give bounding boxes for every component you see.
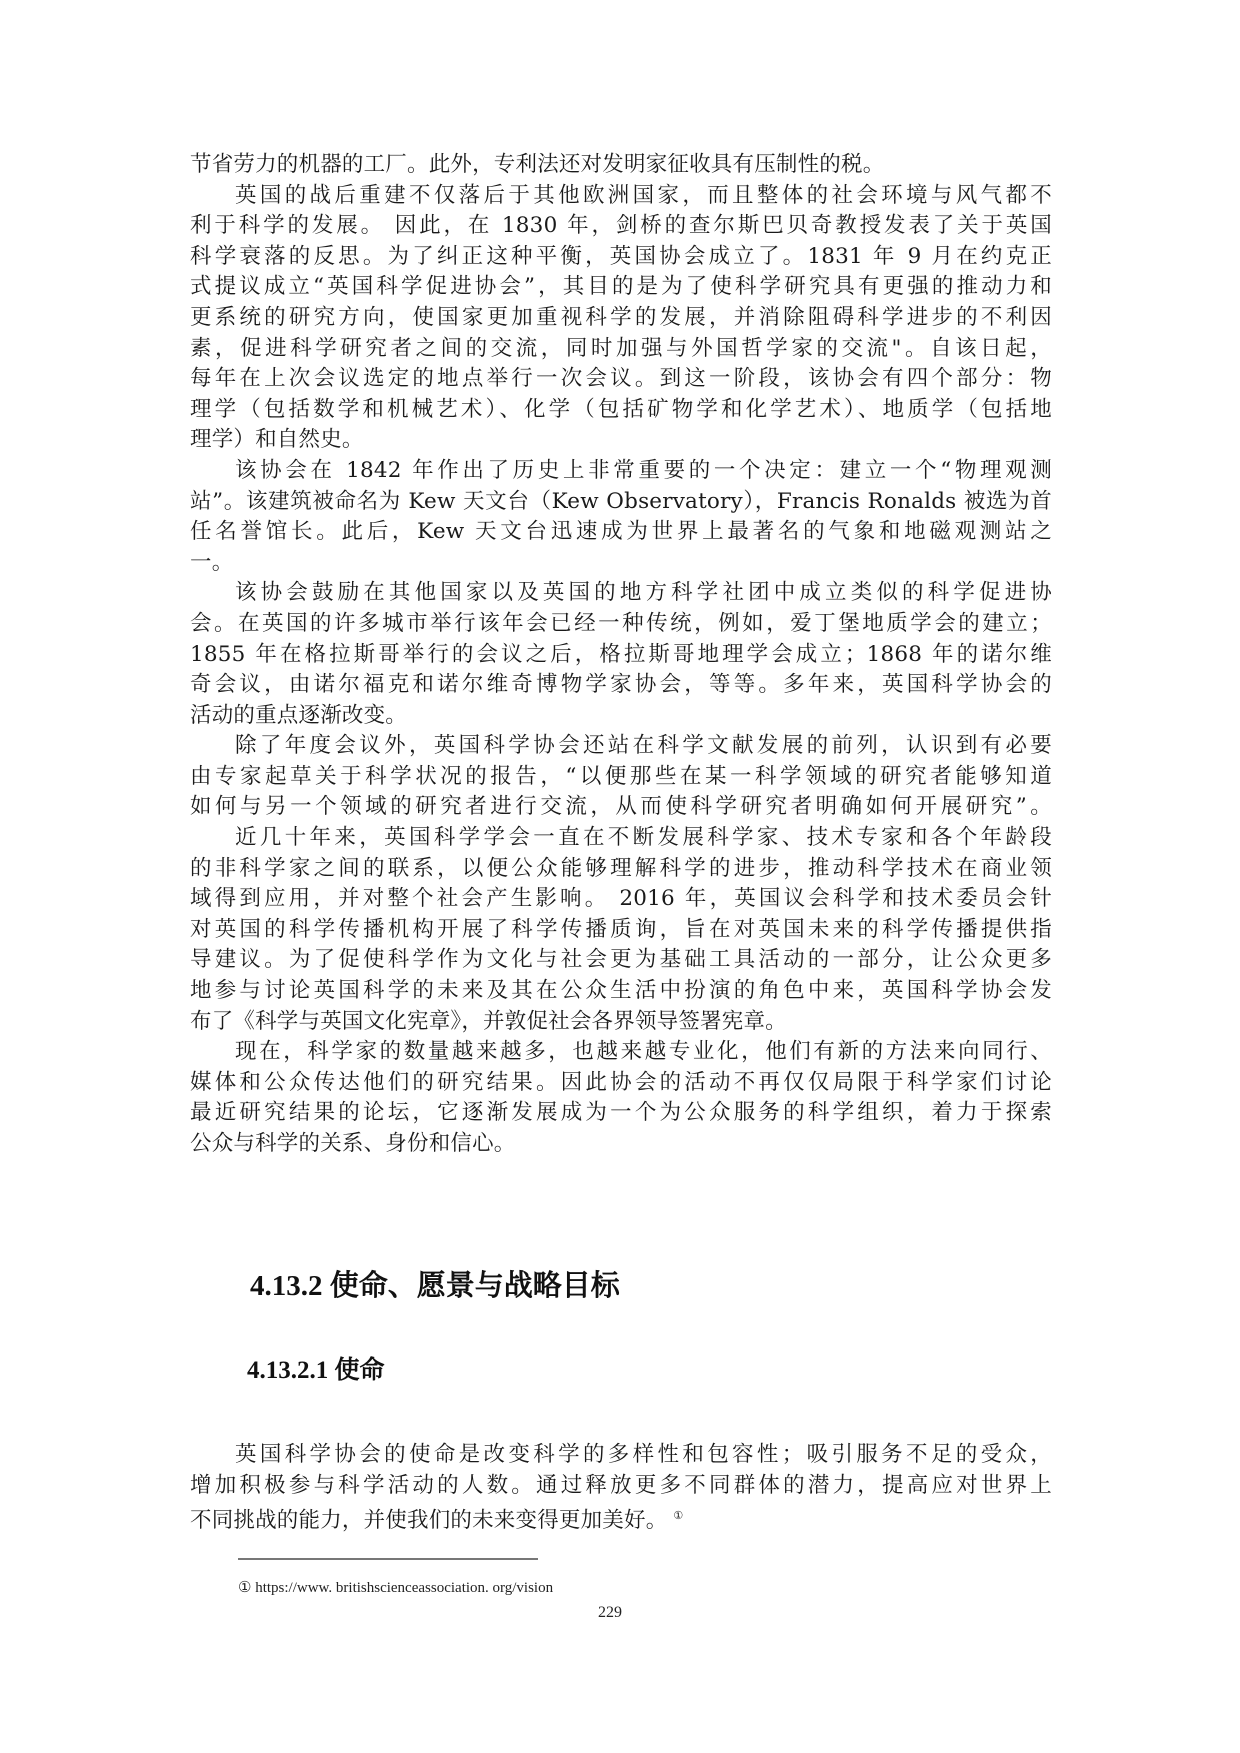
body-line: 该协会鼓励在其他国家以及英国的地方科学社团中成立类似的科学促进协 [190, 578, 1052, 609]
body-line: 一。 [190, 548, 1052, 579]
footnote-marker: ① [238, 1580, 251, 1596]
body-line: 最近研究结果的论坛，它逐渐发展成为一个为公众服务的科学组织，着力于探索 [190, 1098, 1052, 1129]
footnote-reference[interactable]: ① [673, 1509, 683, 1522]
body-line: 1855 年在格拉斯哥举行的会议之后，格拉斯哥地理学会成立；1868 年的诺尔维 [190, 640, 1052, 671]
body-line: 的非科学家之间的联系，以便公众能够理解科学的进步，推动科学技术在商业领 [190, 854, 1052, 885]
body-line: 除了年度会议外，英国科学协会还站在科学文献发展的前列，认识到有必要 [190, 731, 1052, 762]
page-number: 229 [590, 1604, 630, 1622]
body-line: 每年在上次会议选定的地点举行一次会议。到这一阶段，该协会有四个部分：物 [190, 364, 1052, 395]
body-line: 活动的重点逐渐改变。 [190, 701, 1052, 732]
body-line: 由专家起草关于科学状况的报告，“以便那些在某一科学领域的研究者能够知道 [190, 762, 1052, 793]
body-line: 素，促进科学研究者之间的交流，同时加强与外国哲学家的交流"。自该日起， [190, 334, 1052, 365]
footnote-link[interactable]: https://www. britishscienceassociation. … [255, 1580, 553, 1596]
body-line: 科学衰落的反思。为了纠正这种平衡，英国协会成立了。1831 年 9 月在约克正 [190, 242, 1052, 273]
footnote: ① https://www. britishscienceassociation… [238, 1577, 553, 1599]
mission-line-last: 不同挑战的能力，并使我们的未来变得更加美好。① [190, 1501, 1052, 1532]
body-line: 布了《科学与英国文化宪章》，并敦促社会各界领导签署宪章。 [190, 1007, 1052, 1038]
body-line: 地参与讨论英国科学的未来及其在公众生活中扮演的角色中来，英国科学协会发 [190, 976, 1052, 1007]
body-line: 对英国的科学传播机构开展了科学传播质询，旨在对英国未来的科学传播提供指 [190, 915, 1052, 946]
body-line: 近几十年来，英国科学学会一直在不断发展科学家、技术专家和各个年龄段 [190, 823, 1052, 854]
body-line: 该协会在 1842 年作出了历史上非常重要的一个决定：建立一个“物理观测 [190, 456, 1052, 487]
body-line: 节省劳力的机器的工厂。此外，专利法还对发明家征收具有压制性的税。 [190, 150, 1052, 181]
body-line: 理学（包括数学和机械艺术）、化学（包括矿物学和化学艺术）、地质学（包括地 [190, 395, 1052, 426]
body-line: 如何与另一个领域的研究者进行交流，从而使科学研究者明确如何开展研究”。 [190, 792, 1052, 823]
body-line: 会。在英国的许多城市举行该年会已经一种传统，例如，爱丁堡地质学会的建立； [190, 609, 1052, 640]
body-line: 利于科学的发展。 因此，在 1830 年，剑桥的查尔斯巴贝奇教授发表了关于英国 [190, 211, 1052, 242]
body-line: 更系统的研究方向，使国家更加重视科学的发展，并消除阻碍科学进步的不利因 [190, 303, 1052, 334]
mission-line: 英国科学协会的使命是改变科学的多样性和包容性；吸引服务不足的受众， [190, 1440, 1052, 1471]
body-line: 导建议。为了促使科学作为文化与社会更为基础工具活动的一部分，让公众更多 [190, 945, 1052, 976]
subsection-heading: 4.13.2.1 使命 [247, 1355, 385, 1387]
mission-line: 增加积极参与科学活动的人数。通过释放更多不同群体的潜力，提高应对世界上 [190, 1471, 1052, 1502]
body-line: 式提议成立“英国科学促进协会”，其目的是为了使科学研究具有更强的推动力和 [190, 272, 1052, 303]
body-line: 域得到应用，并对整个社会产生影响。 2016 年，英国议会科学和技术委员会针 [190, 884, 1052, 915]
section-heading: 4.13.2 使命、愿景与战略目标 [250, 1268, 620, 1304]
body-text: 节省劳力的机器的工厂。此外，专利法还对发明家征收具有压制性的税。 英国的战后重建… [190, 150, 1052, 1160]
body-line: 理学）和自然史。 [190, 425, 1052, 456]
document-page: 节省劳力的机器的工厂。此外，专利法还对发明家征收具有压制性的税。 英国的战后重建… [0, 0, 1240, 1753]
body-line: 公众与科学的关系、身份和信心。 [190, 1129, 1052, 1160]
body-line: 站”。该建筑被命名为 Kew 天文台（Kew Observatory），Fran… [190, 487, 1052, 518]
body-line: 媒体和公众传达他们的研究结果。因此协会的活动不再仅仅局限于科学家们讨论 [190, 1068, 1052, 1099]
footnote-divider [238, 1558, 538, 1560]
mission-line-text: 不同挑战的能力，并使我们的未来变得更加美好。 [190, 1508, 667, 1533]
body-line: 奇会议，由诺尔福克和诺尔维奇博物学家协会，等等。多年来，英国科学协会的 [190, 670, 1052, 701]
body-line: 任名誉馆长。此后，Kew 天文台迅速成为世界上最著名的气象和地磁观测站之 [190, 517, 1052, 548]
mission-paragraph: 英国科学协会的使命是改变科学的多样性和包容性；吸引服务不足的受众， 增加积极参与… [190, 1440, 1052, 1532]
body-line: 现在，科学家的数量越来越多，也越来越专业化，他们有新的方法来向同行、 [190, 1037, 1052, 1068]
body-line: 英国的战后重建不仅落后于其他欧洲国家，而且整体的社会环境与风气都不 [190, 181, 1052, 212]
